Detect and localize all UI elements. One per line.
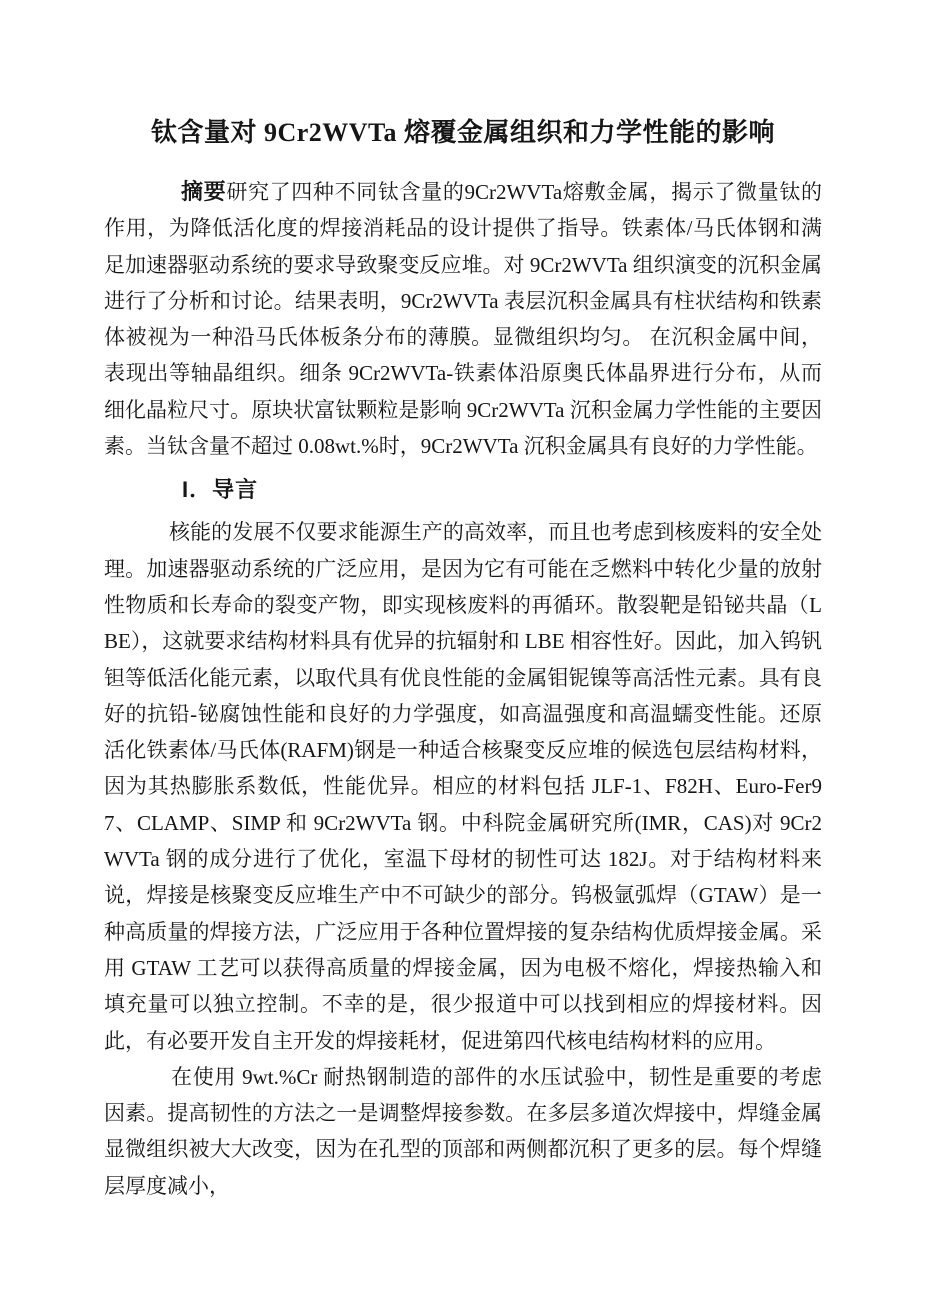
abstract-paragraph: 摘要研究了四种不同钛含量的9Cr2WVTa熔敷金属，揭示了微量钛的作用，为降低活… (104, 174, 822, 464)
page-title: 钛含量对 9Cr2WVTa 熔覆金属组织和力学性能的影响 (104, 118, 822, 148)
section-heading-introduction: I．导言 (104, 476, 822, 504)
document-page: 钛含量对 9Cr2WVTa 熔覆金属组织和力学性能的影响 摘要研究了四种不同钛含… (0, 0, 926, 1309)
abstract-label: 摘要 (181, 179, 226, 204)
intro-paragraph-2: 在使用 9wt.%Cr 耐热钢制造的部件的水压试验中，韧性是重要的考虑因素。提高… (104, 1059, 822, 1204)
abstract-text: 研究了四种不同钛含量的9Cr2WVTa熔敷金属，揭示了微量钛的作用，为降低活化度… (104, 180, 822, 458)
intro-paragraph-1: 核能的发展不仅要求能源生产的高效率，而且也考虑到核废料的安全处理。加速器驱动系统… (104, 514, 822, 1058)
